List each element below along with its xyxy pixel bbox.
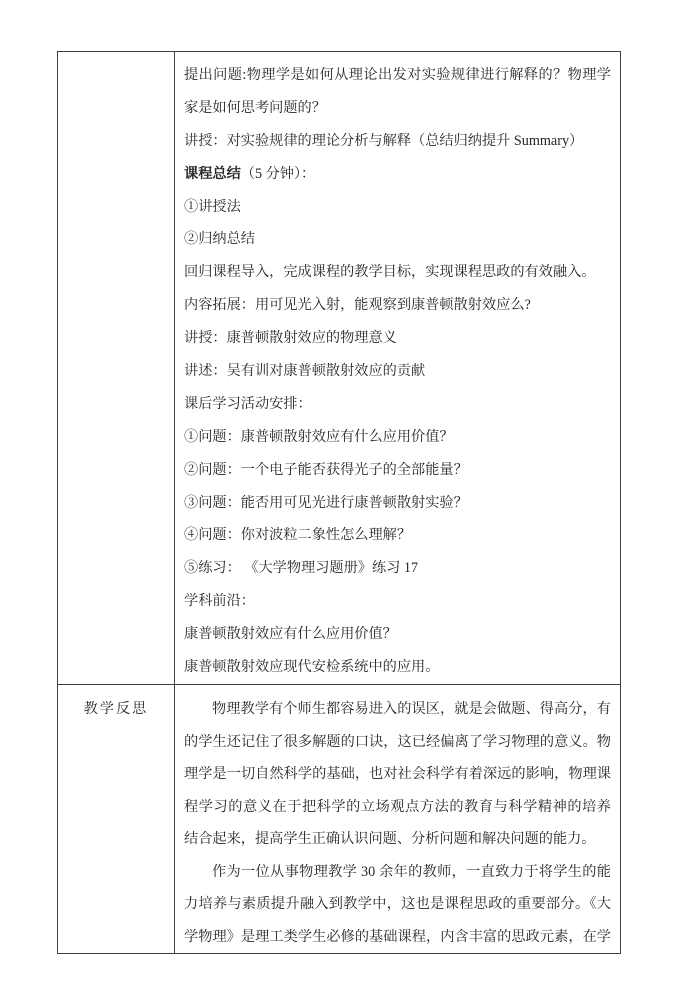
text-line: 康普顿散射效应现代安检系统中的应用。 <box>184 651 611 684</box>
text-line: 结合起来，提高学生正确认识问题、分析问题和解决问题的能力。 <box>184 823 611 856</box>
text-line: 讲授：康普顿散射效应的物理意义 <box>184 322 611 355</box>
text-line: 理学是一切自然科学的基础，也对社会科学有着深远的影响，物理课 <box>184 758 611 791</box>
text-line: 学科前沿： <box>184 585 611 618</box>
text-line: 内容拓展：用可见光入射，能观察到康普顿散射效应么? <box>184 289 611 322</box>
text-line: ①讲授法 <box>184 191 611 224</box>
text-line: 力培养与素质提升融入到教学中，这也是课程思政的重要部分。《大 <box>184 888 611 921</box>
reflection-content-cell: 物理教学有个师生都容易进入的误区，就是会做题、得高分，有的学生还记住了很多解题的… <box>175 685 620 953</box>
text-line: ⑤练习： 《大学物理习题册》练习 17 <box>184 552 611 585</box>
text-line: 课程总结（5 分钟）： <box>184 158 611 191</box>
text-line: 讲授：对实验规律的理论分析与解释（总结归纳提升 Summary） <box>184 125 611 158</box>
reflection-label-cell: 教学反思 <box>58 685 175 953</box>
text-line: 学物理》是理工类学生必修的基础课程，内含丰富的思政元素，在学 <box>184 921 611 954</box>
text-line: 作为一位从事物理教学 30 余年的教师，一直致力于将学生的能 <box>184 856 611 889</box>
text-line: ①问题：康普顿散射效应有什么应用价值？ <box>184 421 611 454</box>
document-page: 提出问题:物理学是如何从理论出发对实验规律进行解释的？物理学家是如何思考问题的？… <box>0 0 675 990</box>
text-line: 康普顿散射效应有什么应用价值？ <box>184 618 611 651</box>
text-line: 家是如何思考问题的？ <box>184 92 611 125</box>
text-line: 程学习的意义在于把科学的立场观点方法的教育与科学精神的培养 <box>184 791 611 824</box>
empty-label-cell <box>58 52 175 685</box>
text-line: 的学生还记住了很多解题的口诀，这已经偏离了学习物理的意义。物 <box>184 726 611 759</box>
text-line: 回归课程导入，完成课程的教学目标，实现课程思政的有效融入。 <box>184 256 611 289</box>
text-line: ②问题：一个电子能否获得光子的全部能量？ <box>184 454 611 487</box>
reflection-label: 教学反思 <box>84 693 149 726</box>
text-line: ③问题：能否用可见光进行康普顿散射实验？ <box>184 487 611 520</box>
lesson-process-cell: 提出问题:物理学是如何从理论出发对实验规律进行解释的？物理学家是如何思考问题的？… <box>175 52 620 685</box>
text-line: ④问题：你对波粒二象性怎么理解？ <box>184 519 611 552</box>
text-line: 讲述：吴有训对康普顿散射效应的贡献 <box>184 355 611 388</box>
text-line: 课后学习活动安排： <box>184 388 611 421</box>
text-line: ②归纳总结 <box>184 223 611 256</box>
text-line: 物理教学有个师生都容易进入的误区，就是会做题、得高分，有 <box>184 693 611 726</box>
text-line: 提出问题:物理学是如何从理论出发对实验规律进行解释的？物理学 <box>184 59 611 92</box>
lesson-plan-table: 提出问题:物理学是如何从理论出发对实验规律进行解释的？物理学家是如何思考问题的？… <box>57 51 621 954</box>
